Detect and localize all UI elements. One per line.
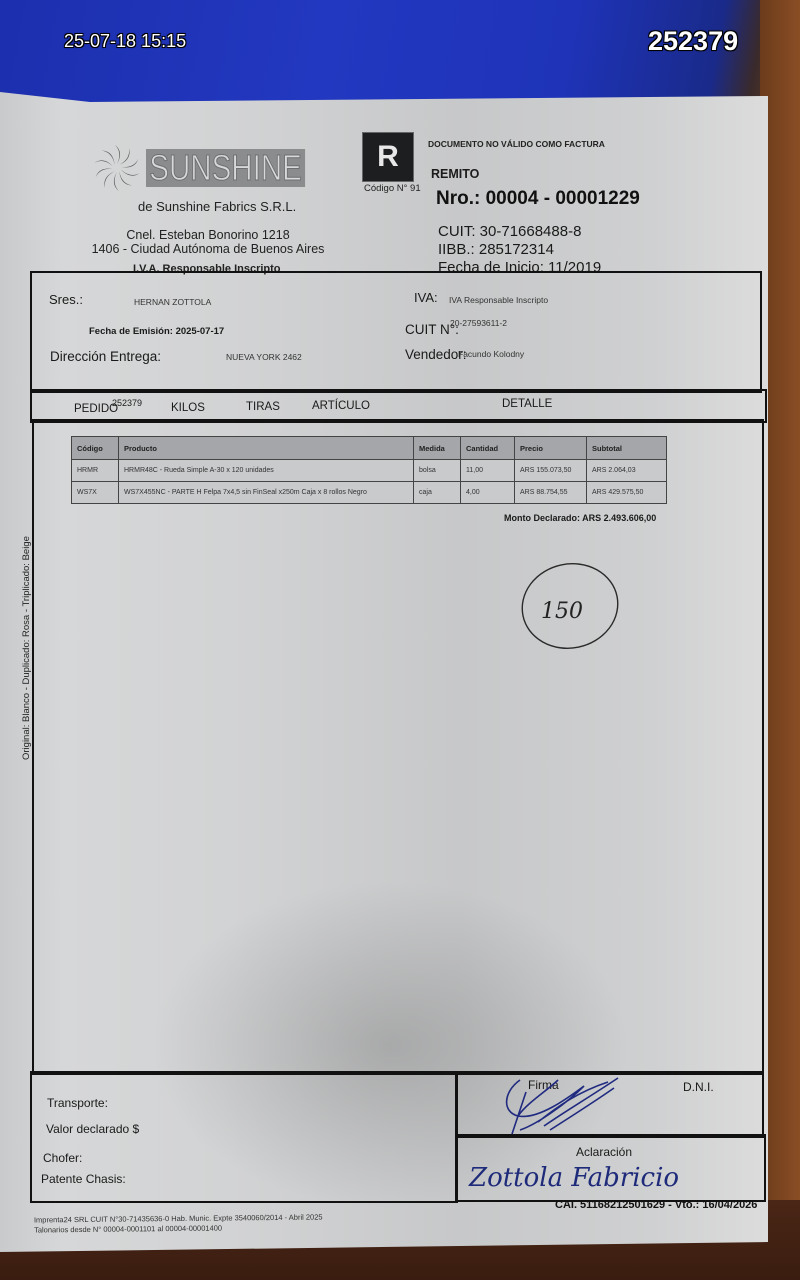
sres-label: Sres.: [49, 292, 83, 307]
company-legal-name: de Sunshine Fabrics S.R.L. [138, 199, 296, 214]
cell-producto: HRMR48C - Rueda Simple A-30 x 120 unidad… [119, 460, 414, 482]
cell-precio: ARS 88.754,55 [515, 482, 587, 504]
declared-amount: Monto Declarado: ARS 2.493.606,00 [504, 513, 656, 523]
document-disclaimer: DOCUMENTO NO VÁLIDO COMO FACTURA [428, 139, 605, 149]
cell-medida: bolsa [414, 460, 461, 482]
delivery-address-label: Dirección Entrega: [50, 349, 161, 364]
sun-icon [92, 143, 142, 193]
issuer-iibb: IIBB.: 285172314 [438, 241, 601, 259]
table-row: WS7X WS7X455NC - PARTE H Felpa 7x4,5 sin… [72, 482, 667, 504]
handwritten-circled-note: 150 [515, 558, 625, 658]
cell-codigo: HRMR [72, 460, 119, 482]
client-iva-label: IVA: [414, 290, 438, 305]
table-row: HRMR HRMR48C - Rueda Simple A-30 x 120 u… [72, 460, 667, 482]
col-codigo: Código [72, 437, 119, 460]
cell-subtotal: ARS 2.064,03 [587, 460, 667, 482]
cell-cantidad: 4,00 [461, 482, 515, 504]
detalle-label: DETALLE [502, 398, 552, 410]
document-code: Código N° 91 [364, 183, 421, 194]
photo-timestamp: 25-07-18 15:15 [64, 31, 186, 52]
col-cantidad: Cantidad [461, 437, 515, 460]
aclaracion-handwriting: Zottola Fabricio [468, 1163, 679, 1193]
tiras-label: TIRAS [246, 401, 280, 413]
handwritten-aclaracion: Zottola Fabricio [465, 1154, 695, 1196]
transporte-label: Transporte: [47, 1096, 108, 1110]
items-table: Código Producto Medida Cantidad Precio S… [71, 436, 667, 504]
col-subtotal: Subtotal [587, 437, 667, 460]
copy-color-note: Original: Blanco - Duplicado: Rosa - Tri… [21, 536, 32, 760]
chofer-label: Chofer: [43, 1151, 82, 1165]
items-table-header: Código Producto Medida Cantidad Precio S… [72, 437, 667, 460]
issuer-tax-info: CUIT: 30-71668488-8 IIBB.: 285172314 Fec… [438, 223, 601, 277]
address-line-1: Cnel. Esteban Bonorino 1218 [88, 228, 328, 242]
client-iva-value: IVA Responsable Inscripto [449, 295, 548, 305]
document-number: Nro.: 00004 - 00001229 [436, 188, 640, 210]
cell-codigo: WS7X [72, 482, 119, 504]
cai-number: CAI. 51168212501629 - Vto.: 16/04/2026 [555, 1199, 757, 1211]
client-cuit-value: 20-27593611-2 [450, 318, 507, 328]
col-precio: Precio [515, 437, 587, 460]
delivery-address-value: NUEVA YORK 2462 [226, 352, 302, 362]
company-logo: SUNSHINE [92, 143, 340, 193]
issuer-cuit: CUIT: 30-71668488-8 [438, 223, 601, 241]
cell-precio: ARS 155.073,50 [515, 460, 587, 482]
handwritten-note-text: 150 [541, 599, 583, 624]
col-producto: Producto [119, 437, 414, 460]
kilos-label: KILOS [171, 402, 205, 414]
cell-cantidad: 11,00 [461, 460, 515, 482]
seller-value: Facundo Kolodny [458, 349, 524, 359]
document-letter-box: R [362, 132, 414, 182]
logo-wordmark: SUNSHINE [146, 149, 305, 187]
handwritten-signature [498, 1072, 628, 1138]
address-line-2: 1406 - Ciudad Autónoma de Buenos Aires [88, 242, 328, 256]
valor-declarado-label: Valor declarado $ [46, 1122, 139, 1136]
pedido-value: 252379 [112, 398, 142, 408]
photo-order-number: 252379 [648, 26, 738, 57]
printer-info: Imprenta24 SRL CUIT N°30-71435636-0 Hab.… [34, 1212, 323, 1235]
articulo-label: ARTÍCULO [312, 400, 370, 412]
cell-medida: caja [414, 482, 461, 504]
document-type: REMITO [431, 167, 479, 181]
issue-date: Fecha de Emisión: 2025-07-17 [89, 326, 224, 337]
dni-label: D.N.I. [683, 1080, 714, 1094]
cell-producto: WS7X455NC - PARTE H Felpa 7x4,5 sin FinS… [119, 482, 414, 504]
col-medida: Medida [414, 437, 461, 460]
client-name: HERNAN ZOTTOLA [134, 297, 211, 307]
company-address: Cnel. Esteban Bonorino 1218 1406 - Ciuda… [88, 228, 328, 256]
cell-subtotal: ARS 429.575,50 [587, 482, 667, 504]
patente-label: Patente Chasis: [41, 1172, 126, 1186]
